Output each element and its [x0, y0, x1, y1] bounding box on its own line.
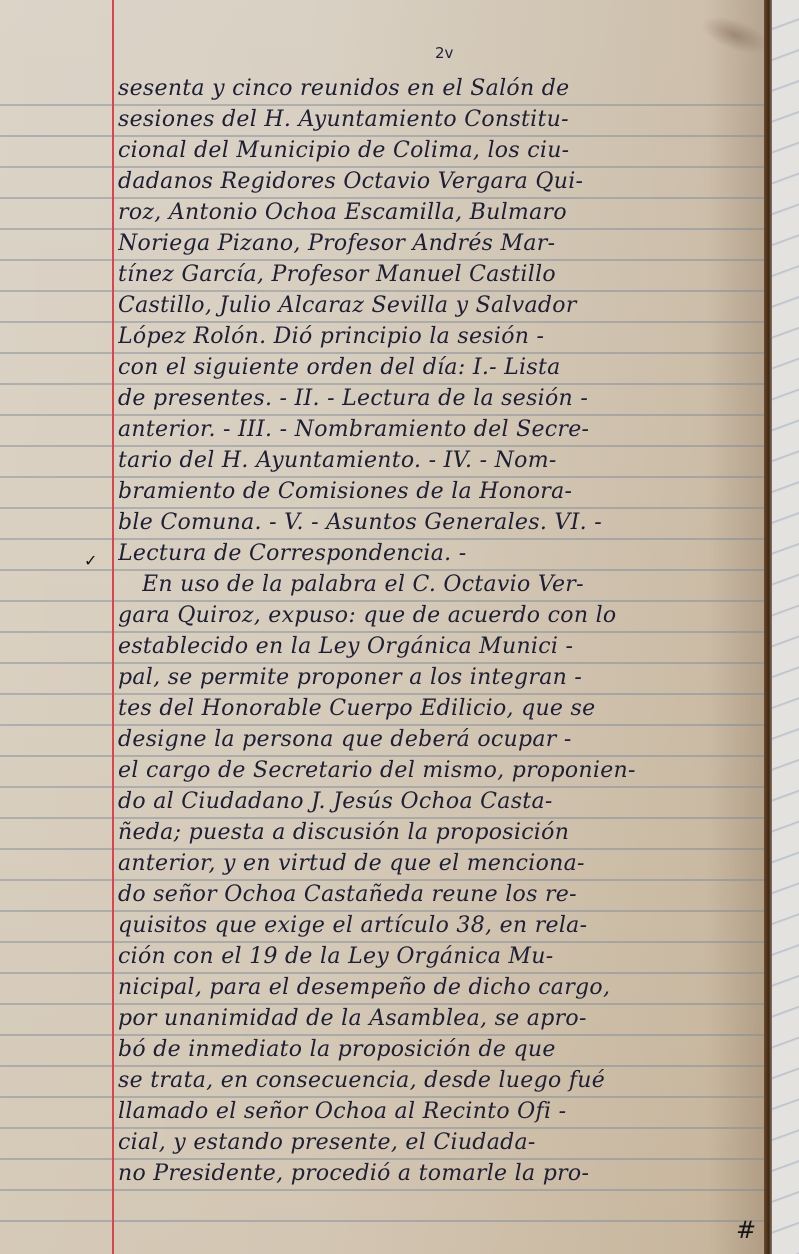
text-line: cial, y estando presente, el Ciudada-: [118, 1128, 758, 1158]
text-line: ble Comuna. - V. - Asuntos Generales. VI…: [118, 508, 758, 538]
text-line: gara Quiroz, expuso: que de acuerdo con …: [118, 601, 758, 631]
paper-stain: [697, 9, 773, 61]
text-line: designe la persona que deberá ocupar -: [118, 725, 758, 755]
book-spine-edge: [764, 0, 772, 1254]
text-line: López Rolón. Dió principio la sesión -: [118, 322, 758, 352]
text-line: de presentes. - II. - Lectura de la sesi…: [118, 384, 758, 414]
text-line: Lectura de Correspondencia. -: [118, 539, 758, 569]
text-line: con el siguiente orden del día: I.- List…: [118, 353, 758, 383]
ledger-page: 2v ✓ sesenta y cinco reunidos en el Saló…: [0, 0, 768, 1254]
text-line: anterior. - III. - Nombramiento del Secr…: [118, 415, 758, 445]
text-line: ción con el 19 de la Ley Orgánica Mu-: [118, 942, 758, 972]
margin-checkmark-icon: ✓: [84, 551, 97, 570]
ruled-line: [0, 1189, 768, 1191]
red-margin-line: [112, 0, 114, 1254]
text-line: roz, Antonio Ochoa Escamilla, Bulmaro: [118, 198, 758, 228]
text-line: por unanimidad de la Asamblea, se apro-: [118, 1004, 758, 1034]
folio-mark: #: [736, 1216, 756, 1244]
text-line: pal, se permite proponer a los integran …: [118, 663, 758, 693]
text-line: do señor Ochoa Castañeda reune los re-: [118, 880, 758, 910]
text-line: se trata, en consecuencia, desde luego f…: [118, 1066, 758, 1096]
text-line: el cargo de Secretario del mismo, propon…: [118, 756, 758, 786]
page-number: 2v: [435, 44, 453, 62]
text-line: ñeda; puesta a discusión la proposición: [118, 818, 758, 848]
text-line: dadanos Regidores Octavio Vergara Qui-: [118, 167, 758, 197]
adjacent-page-edge: [772, 0, 799, 1254]
text-line: no Presidente, procedió a tomarle la pro…: [118, 1159, 758, 1189]
text-line: establecido en la Ley Orgánica Munici -: [118, 632, 758, 662]
text-line: llamado el señor Ochoa al Recinto Ofi -: [118, 1097, 758, 1127]
text-line: bó de inmediato la proposición de que: [118, 1035, 758, 1065]
text-line: Noriega Pizano, Profesor Andrés Mar-: [118, 229, 758, 259]
text-line: tes del Honorable Cuerpo Edilicio, que s…: [118, 694, 758, 724]
text-line-paragraph-start: En uso de la palabra el C. Octavio Ver-: [142, 570, 758, 600]
text-line: tario del H. Ayuntamiento. - IV. - Nom-: [118, 446, 758, 476]
text-line: sesenta y cinco reunidos en el Salón de: [118, 74, 758, 104]
text-line: cional del Municipio de Colima, los ciu-: [118, 136, 758, 166]
text-line: tínez García, Profesor Manuel Castillo: [118, 260, 758, 290]
text-line: anterior, y en virtud de que el menciona…: [118, 849, 758, 879]
text-line: sesiones del H. Ayuntamiento Constitu-: [118, 105, 758, 135]
text-line: do al Ciudadano J. Jesús Ochoa Casta-: [118, 787, 758, 817]
text-line: nicipal, para el desempeño de dicho carg…: [118, 973, 758, 1003]
text-line: quisitos que exige el artículo 38, en re…: [118, 911, 758, 941]
ruled-line: [0, 1220, 768, 1222]
text-line: Castillo, Julio Alcaraz Sevilla y Salvad…: [118, 291, 758, 321]
text-line: bramiento de Comisiones de la Honora-: [118, 477, 758, 507]
